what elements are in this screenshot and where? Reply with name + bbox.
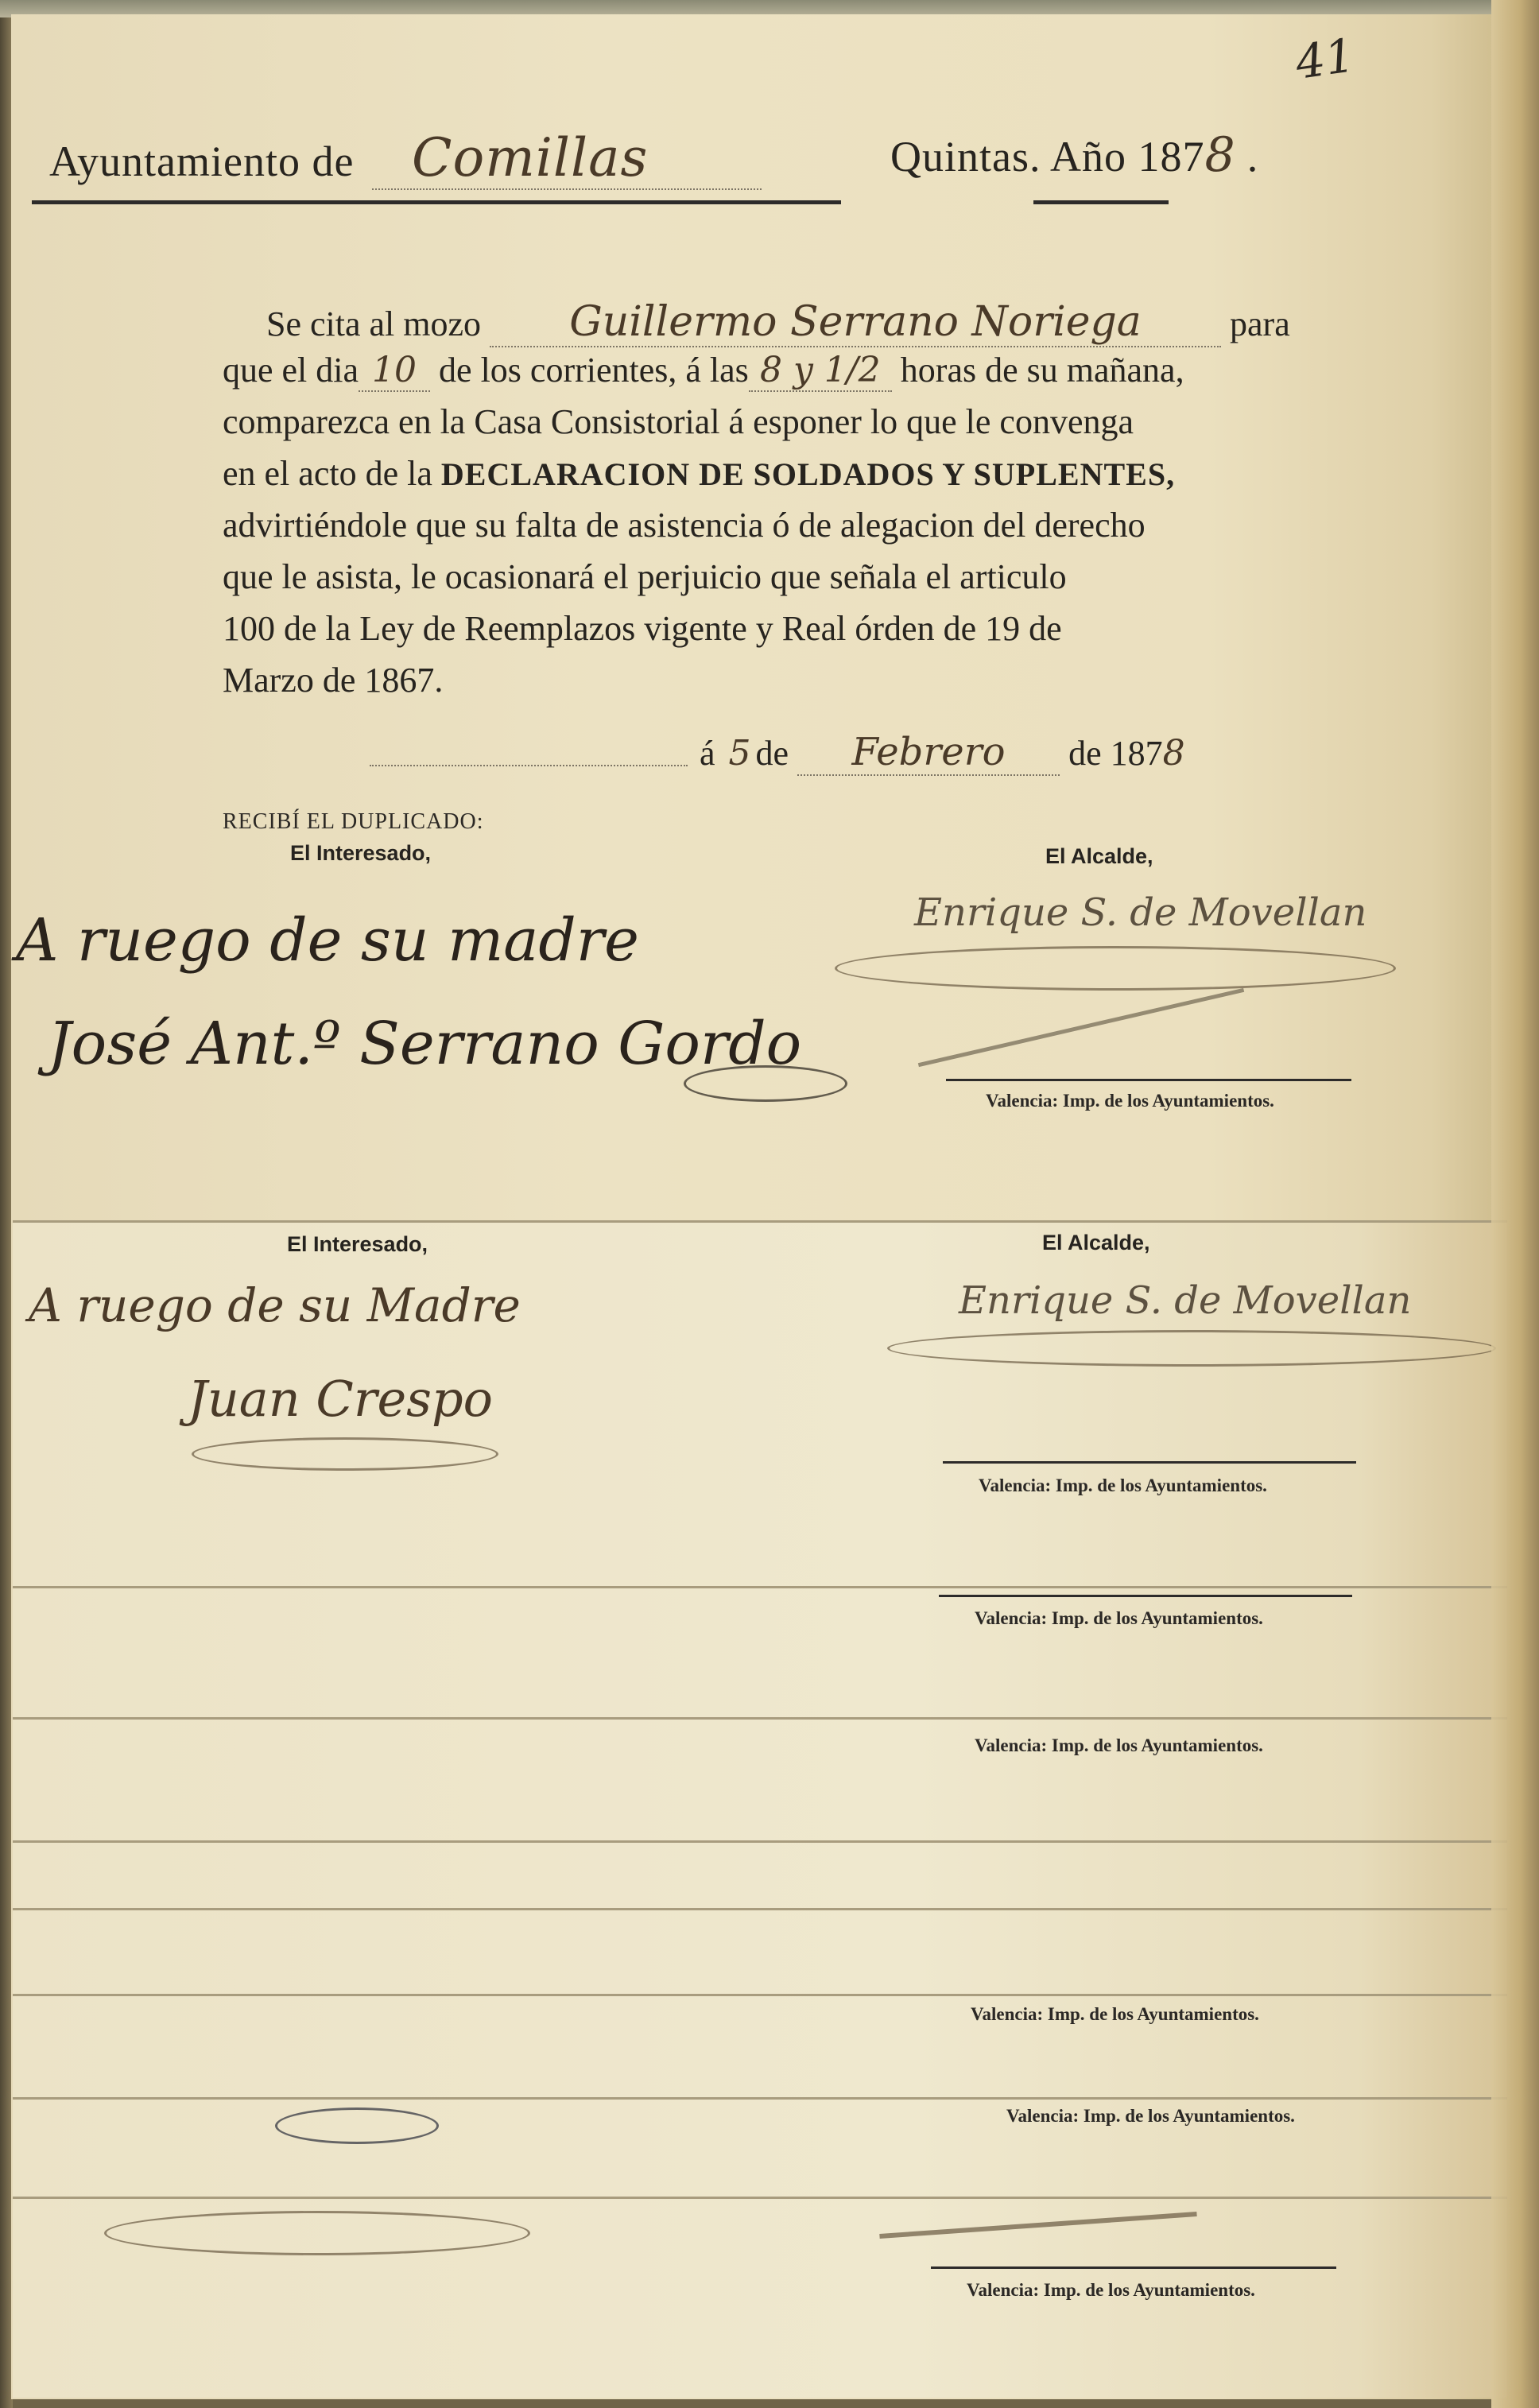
- printer-imprint: Valencia: Imp. de los Ayuntamientos.: [1006, 2106, 1295, 2127]
- citation-line-7: 100 de la Ley de Reemplazos vigente y Re…: [223, 608, 1351, 649]
- interested-label: El Interesado,: [287, 1232, 428, 1257]
- printer-imprint: Valencia: Imp. de los Ayuntamientos.: [986, 1091, 1274, 1111]
- year-suffix: .: [1247, 133, 1259, 180]
- header-rule-left: [32, 200, 841, 204]
- day-value: 10: [359, 350, 430, 392]
- receipt-stub-5: [13, 1840, 1507, 1910]
- mayor-signature: Enrique S. de Movellan: [914, 890, 1366, 935]
- citation-line-2: que el dia10 de los corrientes, á las8 y…: [223, 350, 1351, 392]
- text: de: [756, 734, 789, 773]
- date-month: Febrero: [797, 730, 1060, 776]
- citation-line-8: Marzo de 1867.: [223, 660, 1351, 700]
- text: horas de su mañana,: [901, 351, 1184, 390]
- printer-imprint: Valencia: Imp. de los Ayuntamientos.: [979, 1475, 1267, 1496]
- mayor-label: El Alcalde,: [1042, 1231, 1150, 1255]
- mayor-flourish: [887, 1330, 1496, 1367]
- signature-rule: [931, 2266, 1336, 2269]
- page-right-edge-overlay: [1491, 0, 1539, 2408]
- folio-number: 41: [1293, 28, 1359, 90]
- interested-label: El Interesado,: [290, 841, 431, 866]
- date-line: á 5de Febrero de 1878: [700, 730, 1185, 776]
- citation-line-5: advirtiéndole que su falta de asistencia…: [223, 505, 1351, 545]
- municipality-label: Ayuntamiento de: [49, 138, 354, 185]
- mozo-name: Guillermo Serrano Noriega: [490, 298, 1221, 347]
- printer-imprint: Valencia: Imp. de los Ayuntamientos.: [971, 2004, 1259, 2025]
- text: de los corrientes, á las: [439, 351, 749, 390]
- citation-line-1: Se cita al mozo Guillermo Serrano Norieg…: [266, 298, 1351, 347]
- year-digit: 8: [1205, 127, 1236, 183]
- mayor-stroke: [879, 2212, 1196, 2239]
- text: de 187: [1068, 734, 1163, 773]
- municipality-heading: Ayuntamiento de Comillas: [49, 127, 762, 190]
- mayor-flourish: [835, 946, 1396, 991]
- citation-line-4: en el acto de la DECLARACION DE SOLDADOS…: [223, 453, 1351, 494]
- printer-imprint: Valencia: Imp. de los Ayuntamientos.: [975, 1608, 1263, 1629]
- receipt-stub-8: Valencia: Imp. de los Ayuntamientos.: [13, 2097, 1507, 2199]
- date-year-digit: 8: [1163, 733, 1185, 774]
- receipt-stub-3: Valencia: Imp. de los Ayuntamientos.: [13, 1586, 1507, 1720]
- mayor-label: El Alcalde,: [1045, 844, 1153, 869]
- mayor-signature: Enrique S. de Movellan: [959, 1278, 1411, 1323]
- receipt-stub-6: [13, 1908, 1507, 1996]
- header-rule-right: [1033, 200, 1169, 204]
- signature-rule: [939, 1595, 1352, 1597]
- text: á: [700, 734, 715, 773]
- signature-flourish: [192, 1437, 498, 1471]
- receipt-stub-2: El Interesado, A ruego de su Madre Juan …: [13, 1220, 1507, 1588]
- signature-flourish: [104, 2211, 530, 2255]
- interested-signature-line2: José Ant.º Serrano Gordo: [48, 1010, 801, 1078]
- text: que el dia: [223, 351, 359, 390]
- year-label: Quintas. Año 187: [890, 133, 1205, 180]
- received-duplicate-label: RECIBÍ EL DUPLICADO:: [223, 809, 484, 835]
- text: Se cita al mozo: [266, 304, 481, 343]
- signature-rule: [946, 1079, 1351, 1081]
- interested-signature-line1: A ruego de su madre: [16, 906, 639, 975]
- year-heading: Quintas. Año 1878.: [890, 127, 1258, 183]
- receipt-stub-7: Valencia: Imp. de los Ayuntamientos.: [13, 1994, 1507, 2100]
- receipt-stub-4: Valencia: Imp. de los Ayuntamientos.: [13, 1717, 1507, 1843]
- text: en el acto de la: [223, 454, 432, 493]
- interested-signature-line2: Juan Crespo: [188, 1370, 493, 1428]
- interested-signature-line1: A ruego de su Madre: [29, 1278, 521, 1332]
- hour-value: 8 y 1/2: [749, 350, 892, 392]
- municipality-value: Comillas: [372, 127, 762, 190]
- receipt-stub-9: Valencia: Imp. de los Ayuntamientos.: [13, 2197, 1507, 2398]
- printer-imprint: Valencia: Imp. de los Ayuntamientos.: [975, 1735, 1263, 1756]
- signature-flourish: [684, 1065, 847, 1102]
- text: para: [1230, 304, 1290, 343]
- printer-imprint: Valencia: Imp. de los Ayuntamientos.: [967, 2280, 1255, 2301]
- declaration-caps: DECLARACION DE SOLDADOS Y SUPLENTES,: [441, 456, 1175, 492]
- date-day: 5: [724, 733, 756, 774]
- date-dotted-line: [370, 765, 688, 766]
- signature-flourish: [275, 2107, 439, 2144]
- citation-line-3: comparezca en la Casa Consistorial á esp…: [223, 401, 1351, 442]
- signature-rule: [943, 1461, 1356, 1464]
- citation-line-6: que le asista, le ocasionará el perjuici…: [223, 556, 1351, 597]
